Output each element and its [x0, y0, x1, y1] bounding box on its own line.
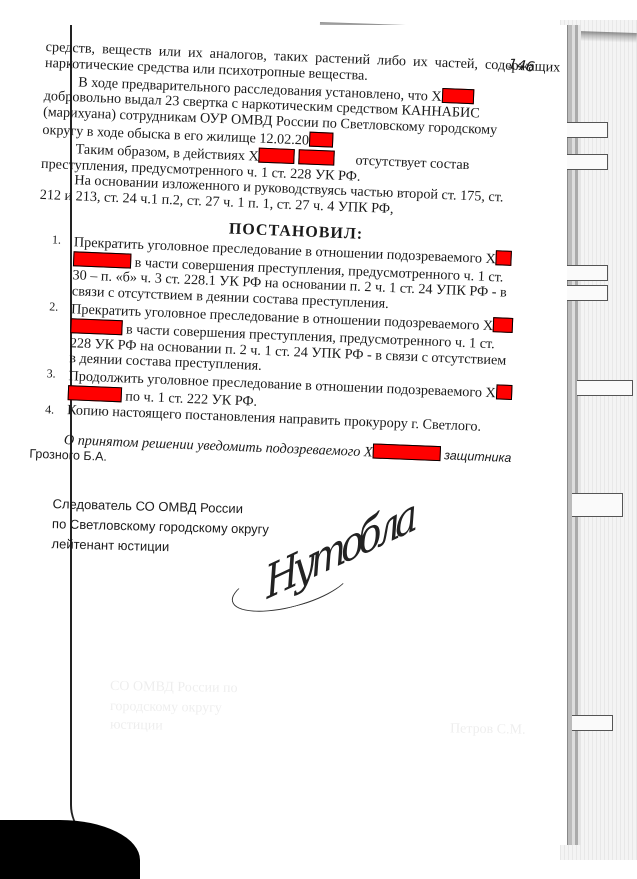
redaction-box: [495, 384, 512, 400]
bleed-through-text: городскому округу: [110, 699, 222, 717]
text-fragment: отсутствует состав: [355, 152, 469, 173]
bleed-through-text: Петров С.М.: [450, 721, 526, 738]
redaction-box: [493, 317, 514, 333]
book-page-edges: [560, 20, 637, 860]
redaction-box: [441, 88, 474, 104]
redaction-box: [372, 443, 441, 461]
redaction-box: [68, 385, 123, 402]
page-tab: [567, 154, 608, 170]
item-number: 4.: [45, 402, 55, 418]
document-body: средств, веществ или их аналогов, таких …: [29, 40, 561, 483]
redaction-box: [309, 132, 334, 148]
page-tab: [572, 493, 623, 517]
signature-block: Следователь СО ОМВД России по Светловско…: [51, 494, 269, 560]
text-fragment: защитника: [444, 448, 512, 465]
item-number: 2.: [49, 299, 59, 315]
redaction-box: [259, 147, 296, 163]
bleed-through-text: юстиции: [110, 718, 163, 735]
redaction-box: [73, 251, 132, 268]
redaction-box: [496, 250, 513, 266]
bleed-through-text: СО ОМВД России по: [110, 679, 238, 697]
page-tab: [567, 285, 608, 301]
page-tab: [577, 380, 633, 396]
page-tab: [567, 122, 608, 138]
item-number: 1.: [52, 232, 62, 248]
redaction-box: [298, 149, 335, 165]
page-tab: [572, 715, 613, 731]
item-number: 3.: [46, 366, 56, 382]
page-tab: [567, 265, 608, 281]
redaction-box: [70, 318, 123, 335]
